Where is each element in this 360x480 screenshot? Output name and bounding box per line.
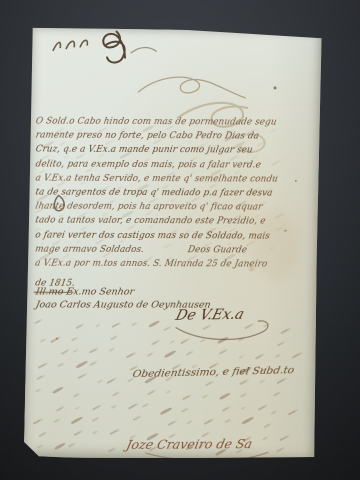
bleedthrough-stroke <box>273 390 282 396</box>
paper-stain <box>56 337 58 339</box>
bleedthrough-stroke <box>217 335 229 343</box>
body-line: mage armavo Soldados. Deos Guarde <box>34 242 262 257</box>
bleedthrough-stroke <box>73 349 79 353</box>
bleedthrough-stroke <box>270 409 277 414</box>
bleedthrough-stroke <box>107 377 118 384</box>
bleedthrough-stroke <box>33 418 44 425</box>
bleedthrough-stroke <box>240 379 250 385</box>
manuscript-photo: O Sold.o Cabo hindo com mas de pormenuda… <box>0 0 360 480</box>
bleedthrough-stroke <box>202 394 209 399</box>
bleedthrough-stroke <box>170 339 176 343</box>
courtesy-line: De V.Ex.a <box>174 307 246 324</box>
bleedthrough-stroke <box>276 377 287 384</box>
bleedthrough-stroke <box>224 418 232 423</box>
bleedthrough-stroke <box>92 416 101 422</box>
bleedthrough-stroke <box>68 442 76 447</box>
bleedthrough-stroke <box>54 442 66 450</box>
body-line: o farei verter dos castigos mas so de So… <box>34 228 262 243</box>
bleedthrough-stroke <box>274 212 285 219</box>
paper-stain <box>295 180 297 182</box>
bleedthrough-stroke <box>182 393 193 400</box>
bleedthrough-stroke <box>76 323 86 329</box>
bleedthrough-stroke <box>78 373 88 379</box>
bleedthrough-stroke <box>244 323 254 329</box>
bleedthrough-stroke <box>164 350 177 359</box>
bleedthrough-stroke <box>181 406 190 412</box>
bleedthrough-stroke <box>146 352 154 357</box>
bleedthrough-stroke <box>166 389 172 393</box>
bleedthrough-stroke <box>151 339 161 345</box>
valediction-line: Obedientissimo, e fiel Subd.to <box>131 364 295 381</box>
letter-body: O Sold.o Cabo hindo com mas de pormenuda… <box>35 115 268 294</box>
bleedthrough-stroke <box>262 436 269 441</box>
bleedthrough-stroke <box>163 326 171 331</box>
bleedthrough-stroke <box>204 418 215 425</box>
bleedthrough-stroke <box>200 337 207 342</box>
top-rubric-tail <box>131 47 156 53</box>
body-line: O Sold.o Cabo hindo com mas de pormenuda… <box>34 115 262 130</box>
bleedthrough-stroke <box>75 360 88 368</box>
body-line: a V.Ex.a tenha Servido, e mente q' semel… <box>34 171 262 186</box>
paper-stain <box>284 230 287 232</box>
bleedthrough-stroke <box>52 386 64 394</box>
addressee-honorific: Ill.mo Ex.mo Senhor <box>34 287 211 300</box>
bleedthrough-stroke <box>277 340 286 346</box>
bleedthrough-stroke <box>92 430 99 435</box>
bleedthrough-stroke <box>147 389 157 395</box>
bleedthrough-stroke <box>35 388 42 393</box>
bleedthrough-stroke <box>71 336 79 341</box>
paper-stain <box>273 86 276 89</box>
bleedthrough-stroke <box>270 128 277 133</box>
bleedthrough-stroke <box>132 415 142 421</box>
bleedthrough-stroke <box>112 390 121 396</box>
bleedthrough-stroke <box>37 444 44 449</box>
bleedthrough-stroke <box>56 405 66 411</box>
bleedthrough-stroke <box>259 379 266 384</box>
bleedthrough-stroke <box>90 360 99 366</box>
bleedthrough-stroke <box>73 392 81 397</box>
bleedthrough-stroke <box>58 362 66 367</box>
bleedthrough-stroke <box>132 321 139 326</box>
bleedthrough-stroke <box>263 323 270 328</box>
bleedthrough-stroke <box>205 381 214 387</box>
bleedthrough-stroke <box>274 353 281 358</box>
bleedthrough-stroke <box>276 447 285 453</box>
bleedthrough-stroke <box>241 405 247 409</box>
bleedthrough-stroke <box>53 418 61 423</box>
bleedthrough-stroke <box>128 402 139 409</box>
bleedthrough-stroke <box>61 349 71 355</box>
bleedthrough-stroke <box>34 318 43 324</box>
bleedthrough-stroke <box>126 351 137 358</box>
bleedthrough-stroke <box>110 334 119 340</box>
bleedthrough-stroke <box>109 347 116 352</box>
bleedthrough-stroke <box>91 403 102 410</box>
bleedthrough-stroke <box>187 420 194 425</box>
mid-swirl-flourish <box>138 76 245 97</box>
manuscript-paper: O Sold.o Cabo hindo com mas de pormenuda… <box>24 27 323 462</box>
bleedthrough-stroke <box>275 226 284 232</box>
bleedthrough-stroke <box>97 379 104 384</box>
bleedthrough-stroke <box>73 429 83 435</box>
signature: Joze Craveiro de Sa <box>125 436 254 452</box>
body-line: ta de sargentos de tropa q' mediado p.a … <box>34 186 262 201</box>
bleedthrough-stroke <box>75 405 81 409</box>
bleedthrough-stroke <box>111 321 122 328</box>
body-line: tado a tantos valor, e comandando este P… <box>34 214 262 229</box>
bleedthrough-stroke <box>242 416 255 425</box>
bleedthrough-stroke <box>180 337 191 344</box>
pen-flick-marks <box>53 40 87 51</box>
bleedthrough-stroke <box>238 336 246 341</box>
bleedthrough-stroke <box>159 406 172 415</box>
bleedthrough-stroke <box>186 350 195 356</box>
bleedthrough-stroke <box>111 404 118 409</box>
bleedthrough-stroke <box>95 323 101 328</box>
bleedthrough-stroke <box>40 337 47 342</box>
bleedthrough-stroke <box>108 447 117 453</box>
bleedthrough-stroke <box>257 403 268 410</box>
bleedthrough-stroke <box>263 423 272 429</box>
bleedthrough-stroke <box>219 348 229 354</box>
bleedthrough-stroke <box>238 355 244 359</box>
bleedthrough-stroke <box>50 335 62 342</box>
bleedthrough-stroke <box>254 353 265 360</box>
body-line: ramente preso no forte, pelo Cabo Pedro … <box>34 129 262 144</box>
bleedthrough-stroke <box>280 327 291 334</box>
bleedthrough-stroke <box>219 392 231 400</box>
bleedthrough-stroke <box>167 419 177 426</box>
bleedthrough-stroke <box>240 392 248 397</box>
bleedthrough-stroke <box>36 374 45 380</box>
body-line: Cruz, q.e a V.Ex.a mande punir como julg… <box>34 143 262 158</box>
bleedthrough-stroke <box>272 159 283 166</box>
bleedthrough-stroke <box>287 408 299 415</box>
bleedthrough-stroke <box>109 428 120 435</box>
bleedthrough-stroke <box>279 434 290 441</box>
bleedthrough-stroke <box>203 324 212 330</box>
bleedthrough-stroke <box>38 361 49 368</box>
bleedthrough-stroke <box>291 351 302 358</box>
bleedthrough-stroke <box>89 347 100 354</box>
body-line: delito, para exemplo dos mais, pois a fa… <box>34 157 262 172</box>
top-rubric-flourish <box>103 31 126 63</box>
bleedthrough-stroke <box>70 416 83 424</box>
bleedthrough-stroke <box>222 405 232 411</box>
bleedthrough-stroke <box>38 431 47 437</box>
body-line: a V.Ex.a por m.tos annos. S. Miranda 25 … <box>34 257 262 272</box>
body-line: lhante desordem, pois ha aproveito q' fi… <box>34 200 262 215</box>
bleedthrough-stroke <box>269 245 276 250</box>
bleedthrough-stroke <box>142 402 150 407</box>
bleedthrough-stroke <box>149 319 161 327</box>
